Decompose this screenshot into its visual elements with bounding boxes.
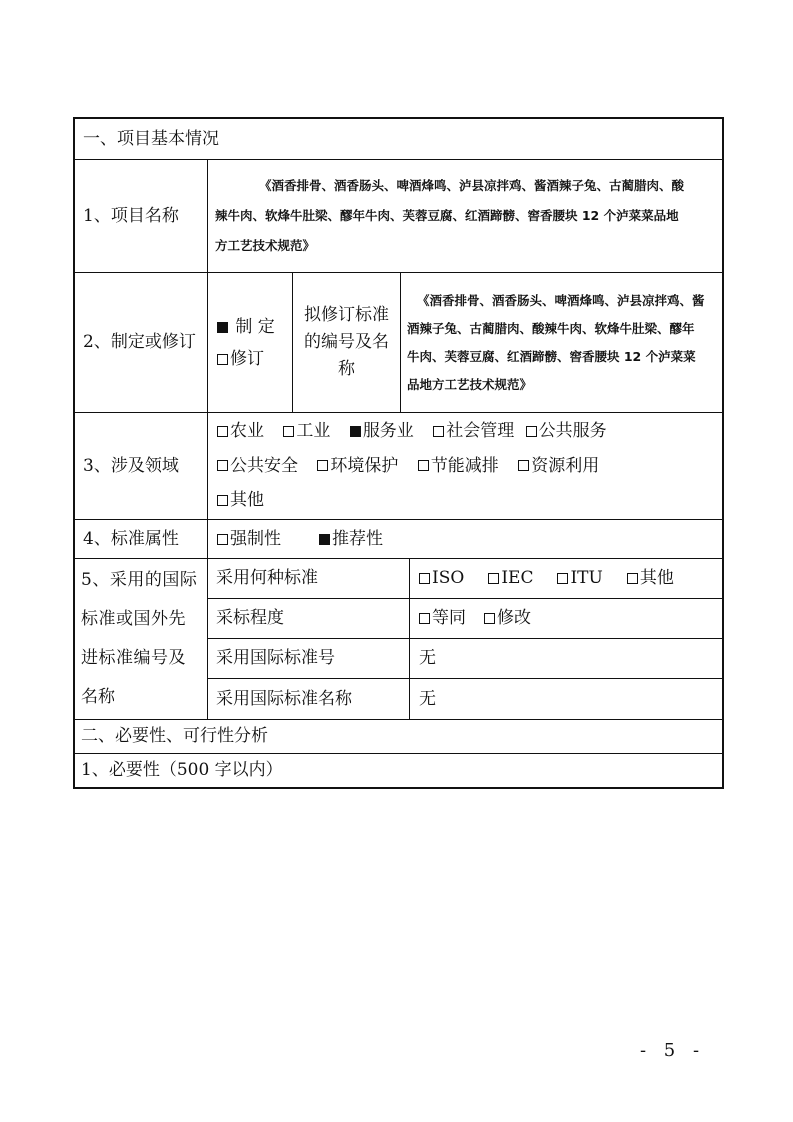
checkbox-empty-icon [418,460,429,471]
project-info-table: 一、项目基本情况 1、项目名称 《酒香排骨、酒香肠头、啤酒烽鸣、泸县凉拌鸡、酱酒… [73,117,724,789]
checkbox-empty-icon [317,460,328,471]
option-label: 社会管理 [446,414,514,448]
checkbox-empty-icon [557,573,568,584]
label-standard-attribute: 4、标准属性 [75,520,208,559]
option-label: 制 定 [235,317,274,337]
option-public-service[interactable]: 公共服务 [526,414,607,448]
option-recommended[interactable]: 推荐性 [319,531,383,548]
label-fields-involved: 3、涉及领域 [75,413,208,520]
checkbox-checked-icon [350,426,361,437]
checkbox-checked-icon [217,322,228,333]
option-revise[interactable]: 修订 [217,343,264,375]
label-text: 采用国际标准名称 [216,691,352,708]
section-header-necessity-feasibility: 二、必要性、可行性分析 [75,720,722,754]
label-text: 采用何种标准 [216,570,318,587]
option-agriculture[interactable]: 农业 [217,414,264,448]
option-label: 公共服务 [539,414,607,448]
option-label: 其他 [640,570,674,587]
label-adoption-degree: 采标程度 [208,599,410,639]
checkbox-empty-icon [526,426,537,437]
label-text: 采标程度 [216,610,284,627]
revised-standard-line-4: 品地方工艺技术规范》 [407,371,532,399]
page-number: - 5 - [640,1040,705,1061]
option-label: 环境保护 [330,449,398,483]
revised-standard-line-3: 牛肉、芙蓉豆腐、红酒蹄髈、窖香腰块 12 个泸菜菜 [407,343,696,371]
option-itu[interactable]: ITU [557,570,602,587]
label-text: 4、标准属性 [83,531,179,548]
option-label: 修订 [230,349,264,369]
option-label: 等同 [432,610,466,627]
sub-label-line-2: 的编号及名 [304,329,389,356]
standard-attribute-options: 强制性 推荐性 [208,520,722,559]
checkbox-empty-icon [217,534,228,545]
value-intl-standard-name: 无 [410,679,722,720]
option-industry[interactable]: 工业 [283,414,330,448]
option-identical[interactable]: 等同 [419,610,466,627]
label-line-2: 标准或国外先 [81,611,186,628]
label-intl-standard-name: 采用国际标准名称 [208,679,410,720]
label-necessity: 1、必要性（500 字以内） [75,754,722,787]
label-revised-standard-number-name: 拟修订标准 的编号及名 称 [293,273,401,413]
label-establish-or-revise: 2、制定或修订 [75,273,208,413]
project-name-line-3: 方工艺技术规范》 [215,231,315,261]
option-mandatory[interactable]: 强制性 [217,531,281,548]
revised-standard-line-1: 《酒香排骨、酒香肠头、啤酒烽鸣、泸县凉拌鸡、酱 [407,287,705,315]
checkbox-empty-icon [627,573,638,584]
adoption-degree-options: 等同 修改 [410,599,722,639]
label-text: 1、必要性（500 字以内） [81,762,283,779]
checkbox-empty-icon [419,573,430,584]
option-public-safety[interactable]: 公共安全 [217,449,298,483]
value-revised-standard: 《酒香排骨、酒香肠头、啤酒烽鸣、泸县凉拌鸡、酱 酒辣子兔、古蔺腊肉、酸辣牛肉、软… [401,273,722,413]
option-environmental-protection[interactable]: 环境保护 [317,449,398,483]
fields-line-3: 其他 [217,483,278,518]
checkbox-empty-icon [488,573,499,584]
option-other[interactable]: 其他 [217,483,264,517]
label-international-standard: 5、采用的国际 标准或国外先 进标准编号及 名称 [75,559,208,720]
sub-label-line-3: 称 [338,356,355,383]
fields-line-2: 公共安全 环境保护 节能减排 资源利用 [217,449,613,484]
project-name-line-2: 辣牛肉、软烽牛肚梁、醪年牛肉、芙蓉豆腐、红酒蹄髈、窖香腰块 12 个泸菜菜品地 [215,201,679,231]
label-intl-standard-number: 采用国际标准号 [208,639,410,679]
checkbox-empty-icon [217,426,228,437]
label-which-standard: 采用何种标准 [208,559,410,599]
option-label: 推荐性 [332,531,383,548]
option-label: 农业 [230,414,264,448]
checkbox-empty-icon [433,426,444,437]
option-label: 工业 [296,414,330,448]
option-label: 修改 [497,610,531,627]
fields-options: 农业 工业 服务业 社会管理 公共服务 公共安全 环境保护 节能减排 资源利用 … [208,413,722,520]
option-service[interactable]: 服务业 [350,414,414,448]
checkbox-empty-icon [419,613,430,624]
value-project-name: 《酒香排骨、酒香肠头、啤酒烽鸣、泸县凉拌鸡、酱酒辣子兔、古蔺腊肉、酸 辣牛肉、软… [208,160,722,273]
option-label: 服务业 [363,414,414,448]
label-line-1: 5、采用的国际 [81,572,197,589]
label-project-name: 1、项目名称 [75,160,208,273]
option-iso[interactable]: ISO [419,570,464,587]
document-page: 一、项目基本情况 1、项目名称 《酒香排骨、酒香肠头、啤酒烽鸣、泸县凉拌鸡、酱酒… [0,0,793,1122]
option-modified[interactable]: 修改 [484,610,531,627]
label-line-3: 进标准编号及 [81,650,186,667]
section-title: 一、项目基本情况 [83,131,219,148]
section-header-basic-info: 一、项目基本情况 [75,119,722,160]
checkbox-empty-icon [518,460,529,471]
label-text: 3、涉及领域 [83,458,179,475]
value-text: 无 [419,691,436,708]
option-iec[interactable]: IEC [488,570,533,587]
option-resource-utilization[interactable]: 资源利用 [518,449,599,483]
value-intl-standard-number: 无 [410,639,722,679]
which-standard-options: ISO IEC ITU 其他 [410,559,722,599]
option-other-standard[interactable]: 其他 [627,570,674,587]
option-energy-saving[interactable]: 节能减排 [418,449,499,483]
option-label: 节能减排 [431,449,499,483]
sub-label-line-1: 拟修订标准 [304,302,389,329]
project-name-line-1: 《酒香排骨、酒香肠头、啤酒烽鸣、泸县凉拌鸡、酱酒辣子兔、古蔺腊肉、酸 [215,171,684,201]
value-text: 无 [419,650,436,667]
checkbox-empty-icon [484,613,495,624]
label-line-4: 名称 [81,689,115,706]
establish-revise-options: 制 定 修订 [208,273,293,413]
option-label: 其他 [230,483,264,517]
option-social-management[interactable]: 社会管理 [433,414,514,448]
section-title: 二、必要性、可行性分析 [81,728,268,745]
revised-standard-line-2: 酒辣子兔、古蔺腊肉、酸辣牛肉、软烽牛肚梁、醪年 [407,315,695,343]
option-label: ITU [570,570,602,587]
label-text: 采用国际标准号 [216,650,335,667]
checkbox-empty-icon [217,354,228,365]
label-text: 1、项目名称 [83,208,179,225]
label-text: 2、制定或修订 [83,334,196,351]
checkbox-checked-icon [319,534,330,545]
fields-line-1: 农业 工业 服务业 社会管理 公共服务 [217,414,621,449]
option-establish[interactable]: 制 定 [217,311,275,343]
option-label: IEC [501,570,533,587]
option-label: ISO [432,570,464,587]
checkbox-empty-icon [283,426,294,437]
option-label: 强制性 [230,531,281,548]
checkbox-empty-icon [217,495,228,506]
checkbox-empty-icon [217,460,228,471]
option-label: 资源利用 [531,449,599,483]
option-label: 公共安全 [230,449,298,483]
